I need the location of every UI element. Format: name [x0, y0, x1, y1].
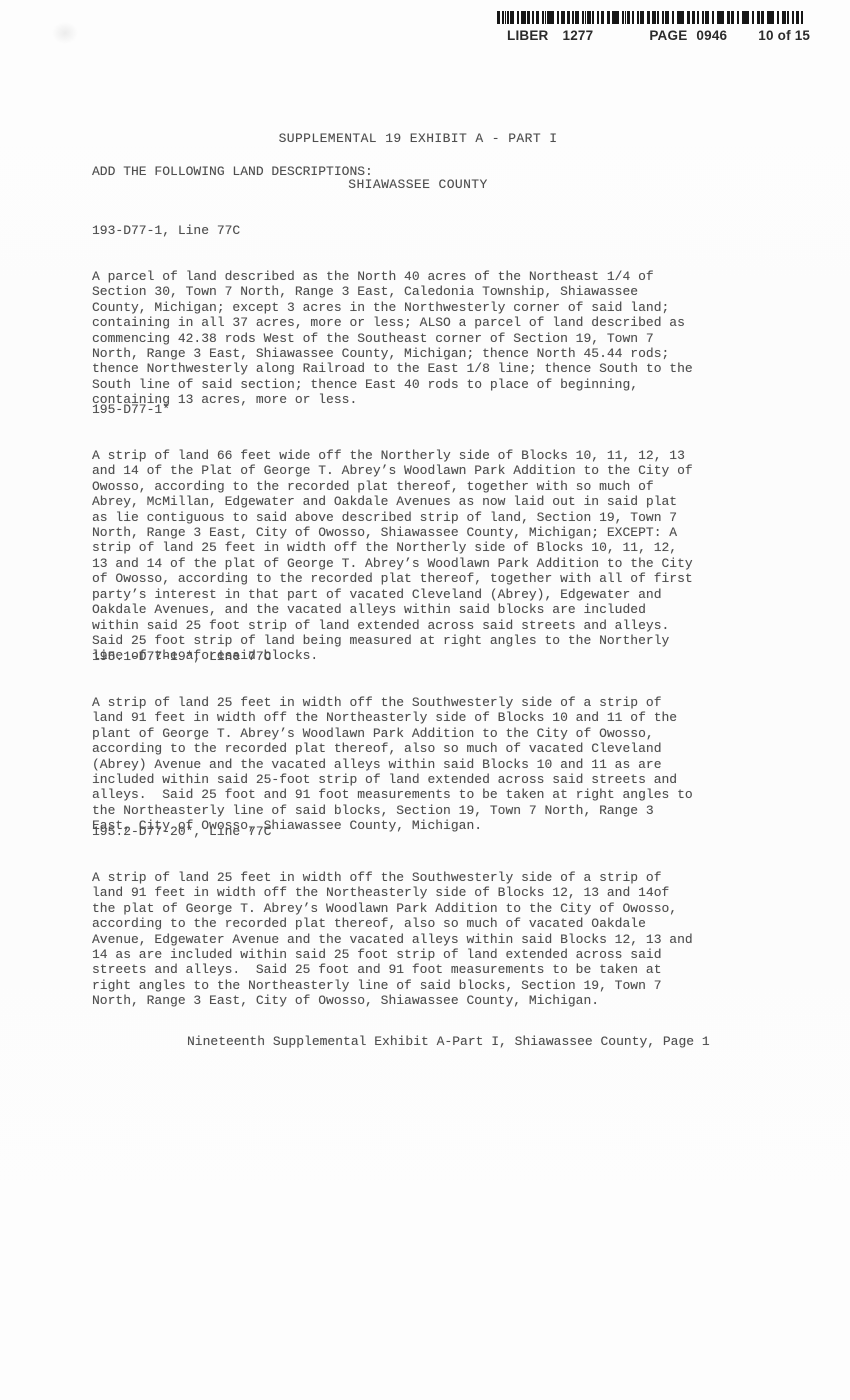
sheet-count: 10 of 15 [758, 28, 810, 43]
stamp-text-row: LIBER 1277 PAGE 0946 10 of 15 [497, 28, 803, 43]
document-page: LIBER 1277 PAGE 0946 10 of 15 SUPPLEMENT… [0, 0, 850, 1400]
section-heading: 195.2-D77-20*, Line 77C [92, 824, 760, 839]
page-value: 0946 [696, 28, 727, 43]
scan-smudge [52, 22, 78, 44]
intro-line: ADD THE FOLLOWING LAND DESCRIPTIONS: [92, 164, 373, 179]
section-body: A strip of land 25 feet in width off the… [92, 870, 760, 1009]
liber-value: 1277 [563, 28, 594, 43]
document-title: SUPPLEMENTAL 19 EXHIBIT A - PART I [0, 131, 836, 146]
section-heading: 195-D77-1* [92, 402, 760, 417]
barcode-icon [497, 11, 803, 24]
section-heading: 195.1-D77-19*, Line 77C [92, 649, 760, 664]
land-description-section: 195.2-D77-20*, Line 77C A strip of land … [92, 793, 760, 1040]
section-heading: 193-D77-1, Line 77C [92, 223, 760, 238]
liber-label: LIBER [507, 28, 549, 43]
page-label: PAGE [649, 28, 687, 43]
footer-line: Nineteenth Supplemental Exhibit A-Part I… [187, 1034, 710, 1049]
recorder-stamp: LIBER 1277 PAGE 0946 10 of 15 [497, 11, 803, 43]
